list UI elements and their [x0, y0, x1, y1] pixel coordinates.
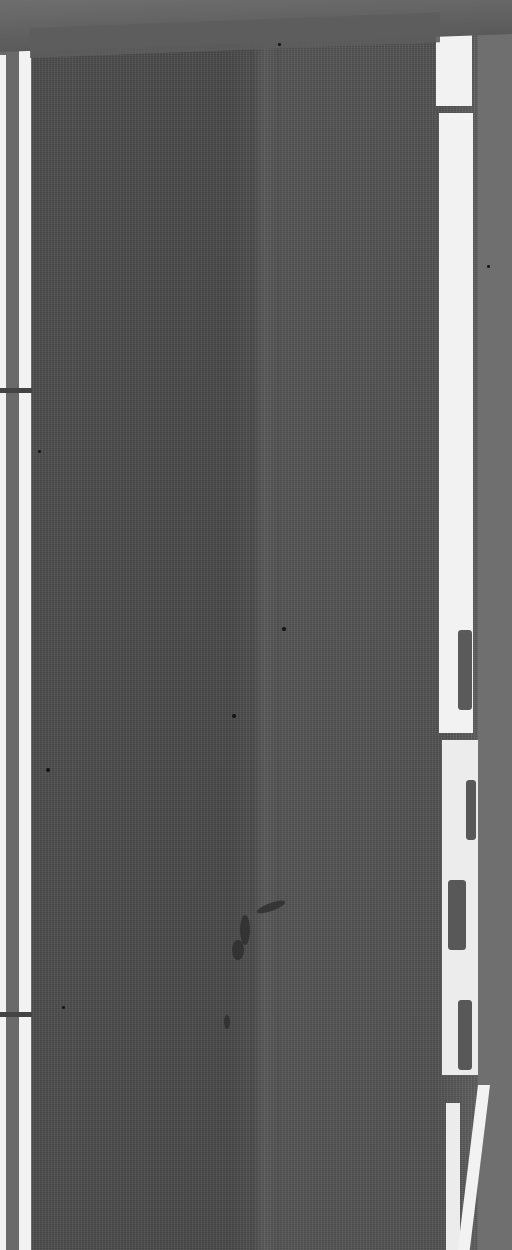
- pavement-spot: [38, 450, 41, 453]
- marking-wear: [458, 630, 472, 710]
- right-lane-marking: [446, 1103, 460, 1250]
- marking-wear: [448, 880, 466, 950]
- marking-wear: [466, 780, 476, 840]
- marking-wear: [458, 1000, 472, 1070]
- center-wheel-path: [250, 0, 280, 1250]
- left-line-joint: [0, 1012, 32, 1017]
- pavement-crack: [240, 915, 250, 945]
- pavement-spot: [62, 1006, 65, 1009]
- pavement-crack: [224, 1015, 230, 1029]
- right-shoulder: [478, 0, 512, 1250]
- pavement-spot: [278, 43, 281, 46]
- pavement-spot: [232, 714, 236, 718]
- pavement-spot: [46, 768, 50, 772]
- left-edge-line: [19, 50, 31, 1250]
- left-line-joint: [0, 388, 32, 393]
- pavement-spot: [282, 627, 286, 631]
- road-surface-image: [0, 0, 512, 1250]
- pavement-crack: [232, 940, 244, 960]
- pavement-spot: [487, 265, 490, 268]
- left-edge-line-outer: [0, 55, 6, 1250]
